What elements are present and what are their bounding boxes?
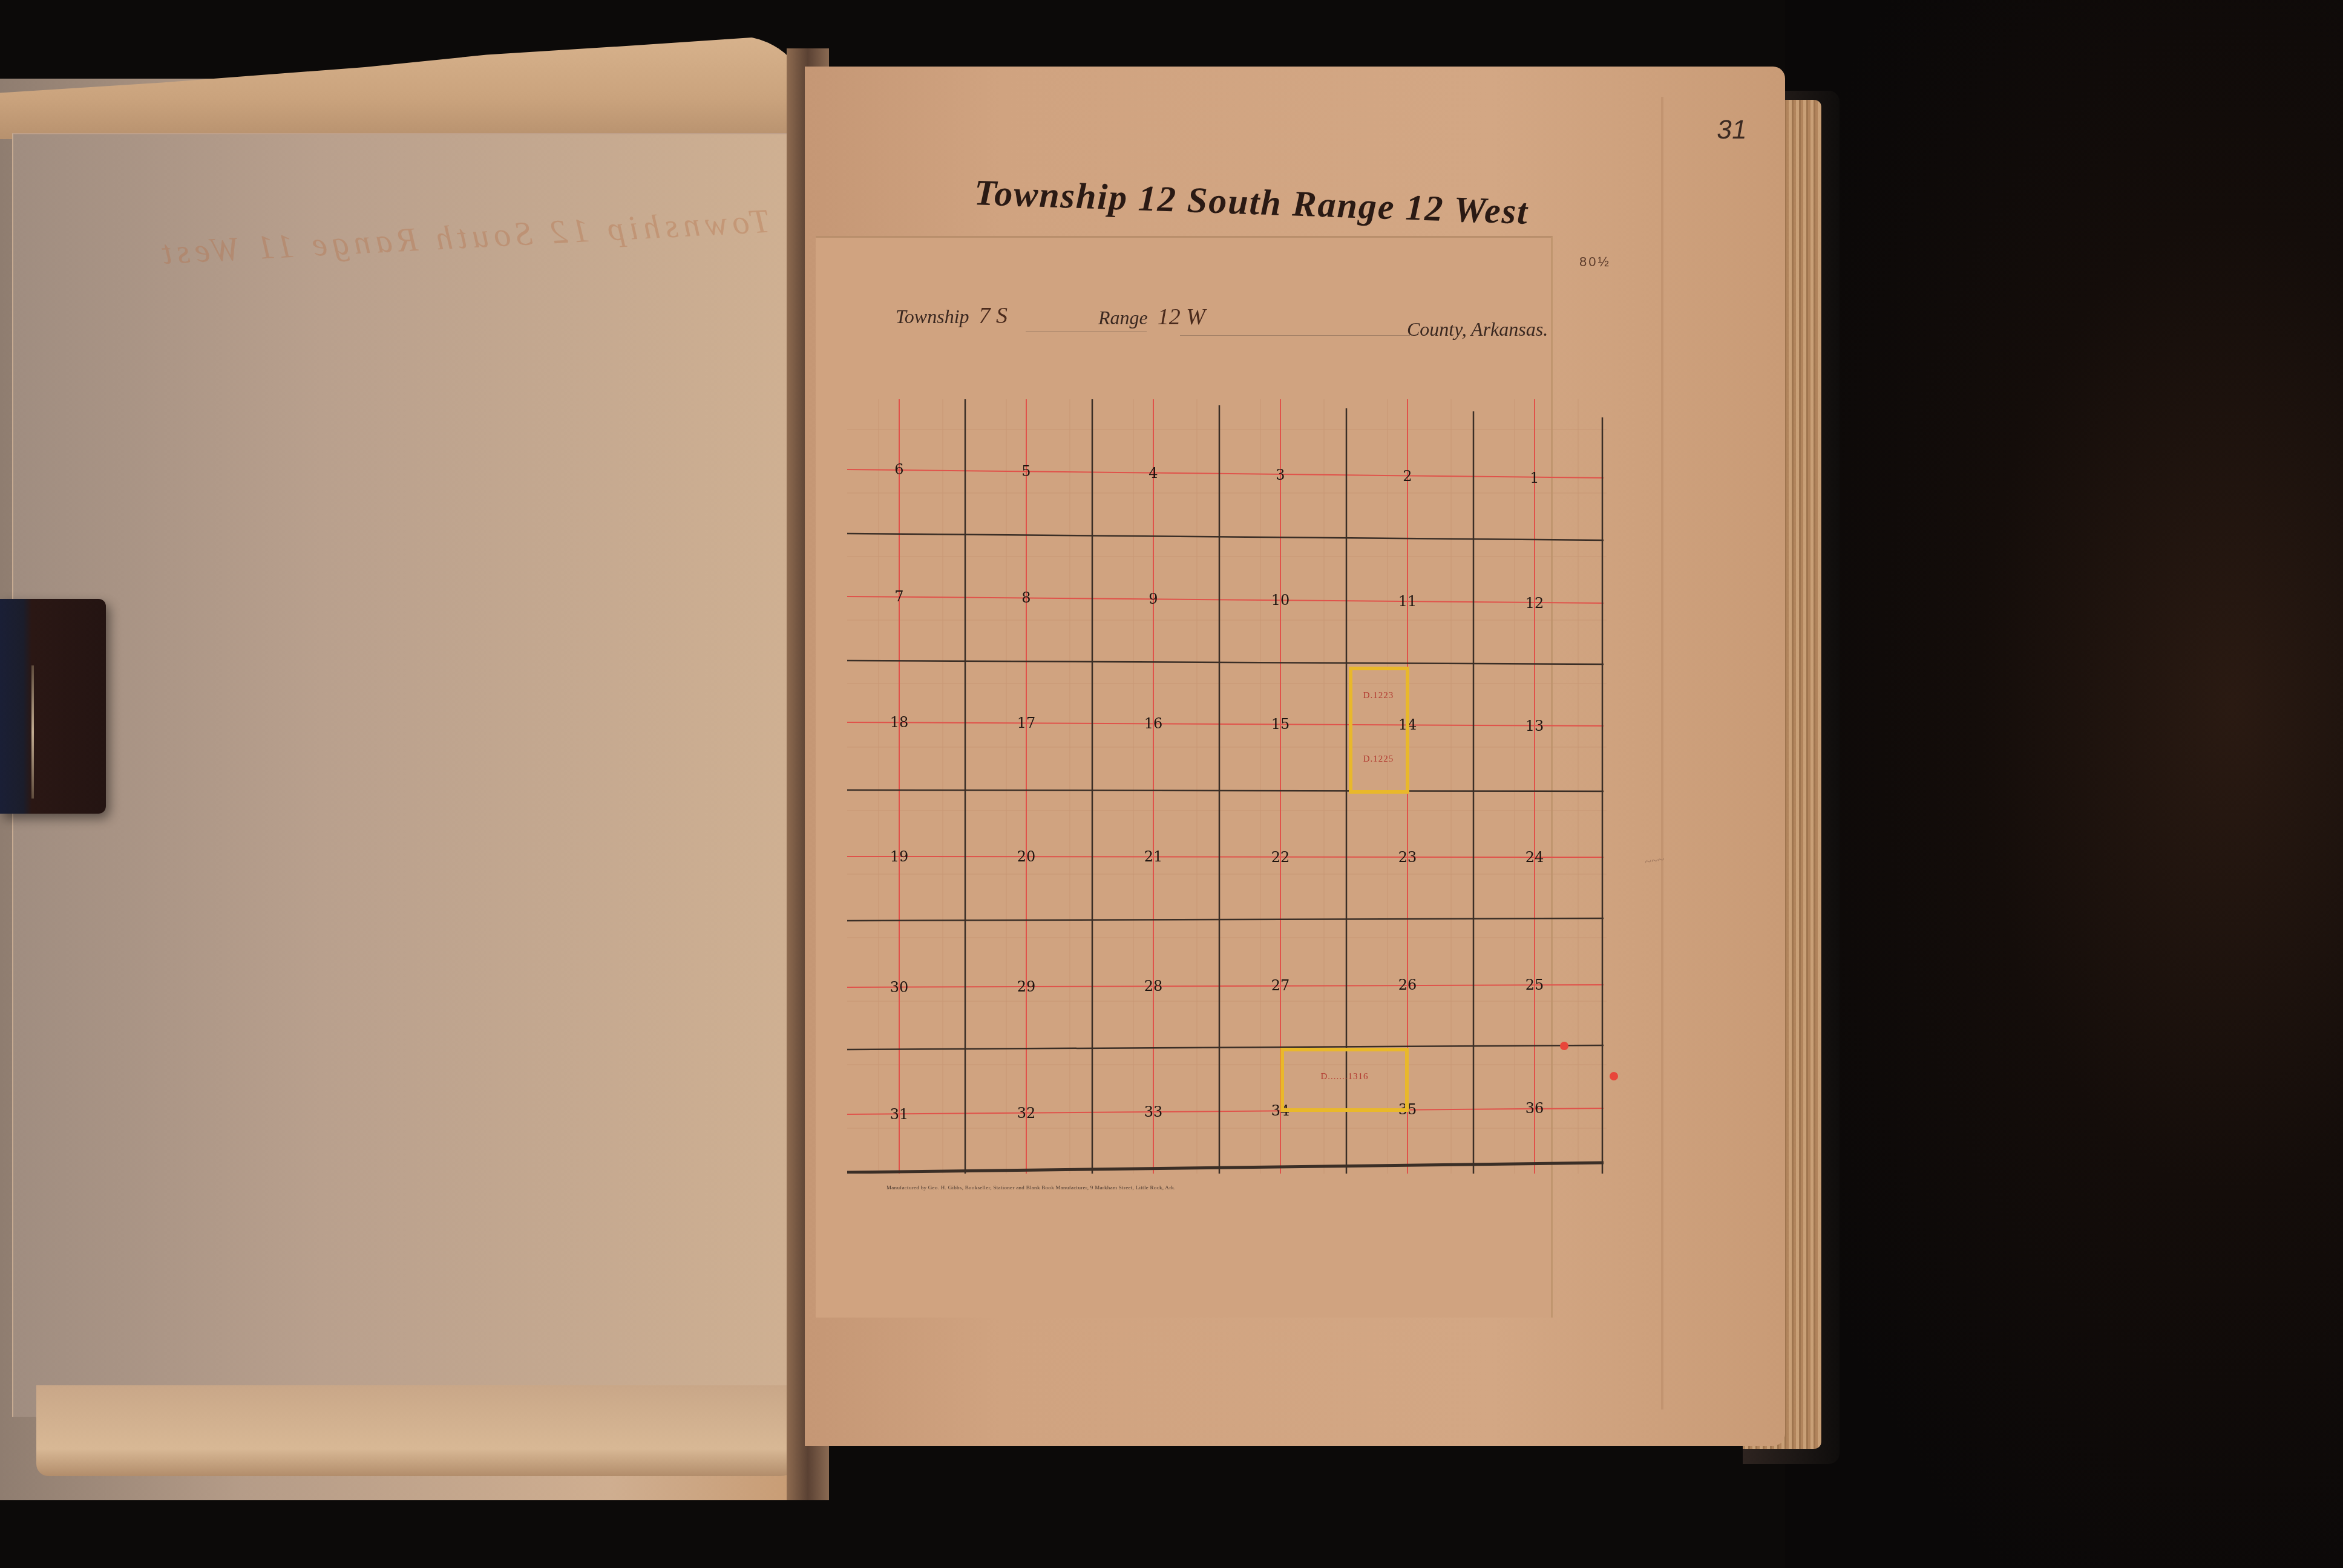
- section-19: 19: [890, 848, 909, 865]
- section-18: 18: [890, 714, 909, 731]
- entry-note-d1223: D.1223: [1363, 691, 1394, 701]
- section-20: 20: [1017, 848, 1036, 865]
- entry-note-d1316: D.......1316: [1320, 1072, 1368, 1082]
- township-underline: [1026, 332, 1147, 332]
- table-background: [1785, 0, 2343, 1568]
- section-36: 36: [1525, 1100, 1544, 1117]
- corner-note: 80½: [1579, 254, 1611, 270]
- township-plat-grid: 6 5 4 3 2 1 7 8 9 10 11 12 18 17 16 15 1…: [847, 399, 1607, 1174]
- section-11: 11: [1398, 593, 1417, 610]
- section-8: 8: [1021, 589, 1031, 606]
- range-value: 12 W: [1158, 304, 1205, 330]
- red-mark-dot: [1560, 1042, 1568, 1050]
- section-2: 2: [1403, 468, 1412, 485]
- red-mark-dot: [1610, 1072, 1618, 1080]
- section-24: 24: [1525, 849, 1544, 866]
- book-clip-weight: [0, 599, 106, 814]
- section-33: 33: [1144, 1103, 1163, 1120]
- section-12: 12: [1525, 595, 1544, 612]
- section-9: 9: [1149, 590, 1158, 607]
- section-3: 3: [1276, 466, 1285, 483]
- section-7: 7: [894, 588, 903, 605]
- section-25: 25: [1525, 976, 1544, 993]
- section-5: 5: [1021, 463, 1031, 480]
- section-29: 29: [1017, 978, 1036, 995]
- section-22: 22: [1271, 849, 1290, 866]
- left-page-top-edge: [0, 36, 811, 139]
- section-15: 15: [1271, 716, 1290, 733]
- section-26: 26: [1398, 976, 1417, 993]
- section-27: 27: [1271, 977, 1290, 994]
- range-field: Range12 W: [1098, 304, 1205, 330]
- left-page-bottom-edge: [36, 1385, 799, 1476]
- county-underline: [1180, 335, 1410, 336]
- section-10: 10: [1271, 592, 1290, 609]
- section-23: 23: [1398, 849, 1417, 866]
- section-6: 6: [894, 461, 903, 478]
- township-value: 7 S: [979, 303, 1008, 328]
- right-page-margin-line: [1661, 97, 1663, 1410]
- left-page-sheet: [12, 133, 788, 1417]
- section-30: 30: [890, 979, 909, 996]
- printer-imprint: Manufactured by Geo. H. Gibbs, Bookselle…: [886, 1184, 1176, 1191]
- highlight-section-14: [1349, 667, 1409, 794]
- range-label: Range: [1098, 307, 1148, 328]
- section-28: 28: [1144, 978, 1163, 995]
- section-13: 13: [1525, 717, 1544, 734]
- county-label: County, Arkansas.: [1407, 318, 1548, 341]
- section-1: 1: [1530, 469, 1539, 486]
- grid-lines: [847, 399, 1607, 1174]
- section-21: 21: [1144, 848, 1163, 865]
- pencil-margin-note: ~~~: [1644, 853, 1665, 869]
- section-31: 31: [890, 1106, 909, 1123]
- township-label: Township: [896, 305, 969, 327]
- section-16: 16: [1144, 715, 1163, 732]
- section-32: 32: [1017, 1105, 1036, 1122]
- entry-note-d1225: D.1225: [1363, 754, 1394, 765]
- section-17: 17: [1017, 714, 1036, 731]
- form-header: Township7 S Range12 W County, Arkansas.: [896, 302, 1561, 345]
- page-number: 31: [1715, 115, 1750, 145]
- section-4: 4: [1149, 465, 1158, 482]
- township-field: Township7 S: [896, 302, 1008, 329]
